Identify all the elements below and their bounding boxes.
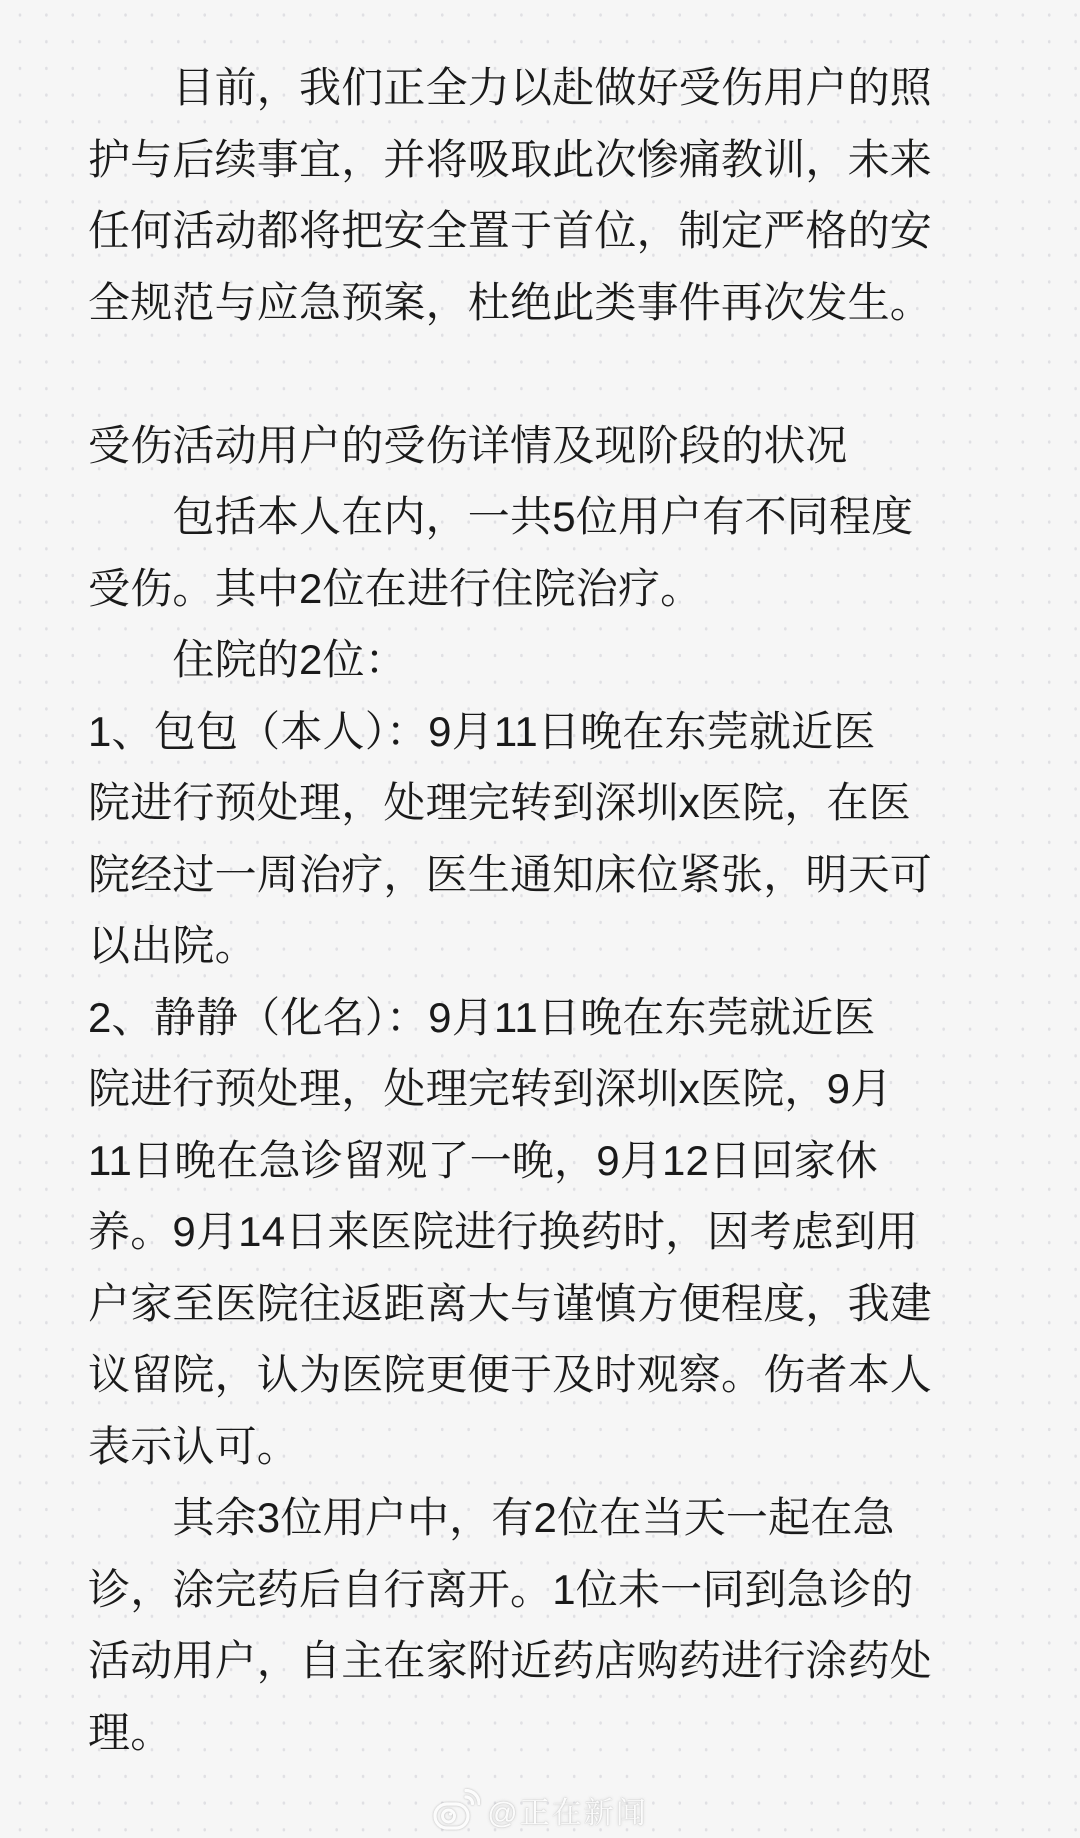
weibo-icon: [432, 1787, 480, 1833]
watermark-handle: @正在新闻: [487, 1788, 647, 1832]
blank-line: [88, 338, 993, 410]
text-line: 其余3位用户中，有2位在当天一起在急: [88, 1482, 993, 1554]
statement-image: 目前，我们正全力以赴做好受伤用户的照 护与后续事宜，并将吸取此次惨痛教训，未来 …: [0, 0, 1080, 1838]
text-line: 1、包包（本人）：9月11日晚在东莞就近医: [88, 696, 993, 768]
text-line: 包括本人在内，一共5位用户有不同程度: [88, 481, 993, 553]
statement-text: 目前，我们正全力以赴做好受伤用户的照 护与后续事宜，并将吸取此次惨痛教训，未来 …: [88, 52, 993, 1768]
text-line: 诊，涂完药后自行离开。1位未一同到急诊的: [88, 1554, 993, 1626]
text-line: 任何活动都将把安全置于首位，制定严格的安: [88, 195, 993, 267]
section-heading: 受伤活动用户的受伤详情及现阶段的状况: [88, 410, 993, 482]
text-line: 院进行预处理，处理完转到深圳x医院，在医: [88, 767, 993, 839]
text-line: 全规范与应急预案，杜绝此类事件再次发生。: [88, 267, 993, 339]
text-line: 理。: [88, 1697, 993, 1769]
text-line: 户家至医院往返距离大与谨慎方便程度，我建: [88, 1268, 993, 1340]
text-line: 院经过一周治疗，医生通知床位紧张，明天可: [88, 839, 993, 911]
text-line: 以出院。: [88, 910, 993, 982]
text-line: 受伤。其中2位在进行住院治疗。: [88, 553, 993, 625]
text-line: 活动用户，自主在家附近药店购药进行涂药处: [88, 1625, 993, 1697]
text-line: 议留院，认为医院更便于及时观察。伤者本人: [88, 1339, 993, 1411]
text-line: 住院的2位：: [88, 624, 993, 696]
text-line: 表示认可。: [88, 1411, 993, 1483]
watermark: @正在新闻: [0, 1786, 1080, 1834]
text-line: 2、静静（化名）：9月11日晚在东莞就近医: [88, 982, 993, 1054]
text-line: 11日晚在急诊留观了一晚，9月12日回家休: [88, 1125, 993, 1197]
text-line: 养。9月14日来医院进行换药时，因考虑到用: [88, 1196, 993, 1268]
text-line: 护与后续事宜，并将吸取此次惨痛教训，未来: [88, 124, 993, 196]
text-line: 目前，我们正全力以赴做好受伤用户的照: [88, 52, 993, 124]
text-line: 院进行预处理，处理完转到深圳x医院，9月: [88, 1053, 993, 1125]
